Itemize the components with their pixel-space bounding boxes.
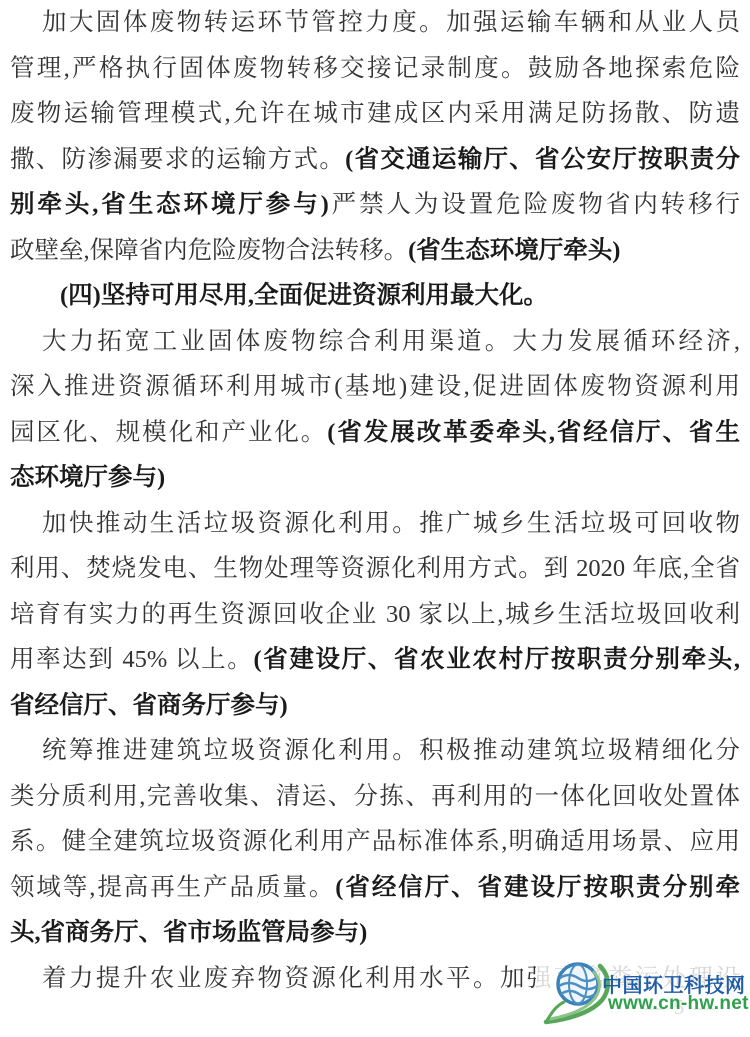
text-line: 态环境厅参与) xyxy=(10,455,740,501)
watermark: 中国环卫科技网 www.cn-hw.net xyxy=(540,952,750,1037)
text-line: (四)坚持可用尽用,全面促进资源利用最大化。 xyxy=(10,273,740,319)
paragraph: 统筹推进建筑垃圾资源化利用。积极推动建筑垃圾精细化分类分质利用,完善收集、清运、… xyxy=(10,728,740,956)
text-line: 统筹推进建筑垃圾资源化利用。积极推动建筑垃圾精细化分 xyxy=(10,728,740,774)
text-line: 深入推进资源循环利用城市(基地)建设,促进固体废物资源利用 xyxy=(10,364,740,410)
text-segment: 管理,严格执行固体废物转移交接记录制度。鼓励各地探索危险 xyxy=(10,55,740,82)
text-segment: 政壁垒,保障省内危险废物合法转移。 xyxy=(10,237,408,264)
text-line: 加大固体废物转运环节管控力度。加强运输车辆和从业人员 xyxy=(10,0,740,46)
text-line: 加快推动生活垃圾资源化利用。推广城乡生活垃圾可回收物 xyxy=(10,501,740,547)
paragraph: 加大固体废物转运环节管控力度。加强运输车辆和从业人员管理,严格执行固体废物转移交… xyxy=(10,0,740,273)
paragraph: 大力拓宽工业固体废物综合利用渠道。大力发展循环经济,深入推进资源循环利用城市(基… xyxy=(10,319,740,501)
responsible-department-annotation: (省建设厅、省农业农村厅按职责分别牵头, xyxy=(253,646,740,673)
text-segment: 类分质利用,完善收集、清运、分拣、再利用的一体化回收处置体 xyxy=(10,783,740,810)
text-line: 大力拓宽工业固体废物综合利用渠道。大力发展循环经济, xyxy=(10,319,740,365)
responsible-department-annotation: (省交通运输厅、省公安厅按职责分 xyxy=(345,146,740,173)
paragraph: 加快推动生活垃圾资源化利用。推广城乡生活垃圾可回收物利用、焚烧发电、生物处理等资… xyxy=(10,501,740,729)
text-line: 省经信厅、省商务厅参与) xyxy=(10,683,740,729)
responsible-department-annotation: (四)坚持可用尽用,全面促进资源利用最大化。 xyxy=(60,282,548,309)
document-body: 加大固体废物转运环节管控力度。加强运输车辆和从业人员管理,严格执行固体废物转移交… xyxy=(10,0,740,1001)
document-page: 加大固体废物转运环节管控力度。加强运输车辆和从业人员管理,严格执行固体废物转移交… xyxy=(0,0,750,1037)
text-line: 培育有实力的再生资源回收企业 30 家以上,城乡生活垃圾回收利 xyxy=(10,592,740,638)
text-line: 系。健全建筑垃圾资源化利用产品标准体系,明确适用场景、应用 xyxy=(10,819,740,865)
text-line: 别牵头,省生态环境厅参与)严禁人为设置危险废物省内转移行 xyxy=(10,182,740,228)
responsible-department-annotation: 态环境厅参与) xyxy=(10,464,165,491)
section-heading: (四)坚持可用尽用,全面促进资源利用最大化。 xyxy=(10,273,740,319)
text-segment: 严禁人为设置危险废物省内转移行 xyxy=(329,191,740,218)
text-line: 撒、防渗漏要求的运输方式。(省交通运输厅、省公安厅按职责分 xyxy=(10,137,740,183)
text-line: 园区化、规模化和产业化。(省发展改革委牵头,省经信厅、省生 xyxy=(10,410,740,456)
text-line: 废物运输管理模式,允许在城市建成区内采用满足防扬散、防遗 xyxy=(10,91,740,137)
text-segment: 撒、防渗漏要求的运输方式。 xyxy=(10,146,345,173)
text-segment: 用率达到 45% 以上。 xyxy=(10,646,253,673)
text-segment: 培育有实力的再生资源回收企业 30 家以上,城乡生活垃圾回收利 xyxy=(10,601,740,628)
text-segment: 加快推动生活垃圾资源化利用。推广城乡生活垃圾可回收物 xyxy=(42,510,740,537)
text-line: 类分质利用,完善收集、清运、分拣、再利用的一体化回收处置体 xyxy=(10,774,740,820)
responsible-department-annotation: 省经信厅、省商务厅参与) xyxy=(10,692,288,719)
text-segment: 加大固体废物转运环节管控力度。加强运输车辆和从业人员 xyxy=(42,9,740,36)
text-line: 领域等,提高再生产品质量。(省经信厅、省建设厅按职责分别牵 xyxy=(10,865,740,911)
responsible-department-annotation: (省生态环境厅牵头) xyxy=(408,237,620,264)
responsible-department-annotation: (省经信厅、省建设厅按职责分别牵 xyxy=(335,874,740,901)
text-segment: 利用、焚烧发电、生物处理等资源化利用方式。到 2020 年底,全省 xyxy=(10,555,740,582)
text-line: 用率达到 45% 以上。(省建设厅、省农业农村厅按职责分别牵头, xyxy=(10,637,740,683)
text-line: 政壁垒,保障省内危险废物合法转移。(省生态环境厅牵头) xyxy=(10,228,740,274)
text-line: 利用、焚烧发电、生物处理等资源化利用方式。到 2020 年底,全省 xyxy=(10,546,740,592)
text-segment: 统筹推进建筑垃圾资源化利用。积极推动建筑垃圾精细化分 xyxy=(42,737,740,764)
text-segment: 大力拓宽工业固体废物综合利用渠道。大力发展循环经济, xyxy=(42,328,740,355)
text-segment: 系。健全建筑垃圾资源化利用产品标准体系,明确适用场景、应用 xyxy=(10,828,740,855)
text-segment: 领域等,提高再生产品质量。 xyxy=(10,874,335,901)
responsible-department-annotation: 头,省商务厅、省市场监管局参与) xyxy=(10,919,367,946)
text-segment: 园区化、规模化和产业化。 xyxy=(10,419,327,446)
watermark-site-url: www.cn-hw.net xyxy=(608,993,749,1015)
text-line: 管理,严格执行固体废物转移交接记录制度。鼓励各地探索危险 xyxy=(10,46,740,92)
responsible-department-annotation: (省发展改革委牵头,省经信厅、省生 xyxy=(327,419,740,446)
text-segment: 深入推进资源循环利用城市(基地)建设,促进固体废物资源利用 xyxy=(10,373,740,400)
text-segment: 废物运输管理模式,允许在城市建成区内采用满足防扬散、防遗 xyxy=(10,100,740,127)
responsible-department-annotation: 别牵头,省生态环境厅参与) xyxy=(10,191,329,218)
text-line: 头,省商务厅、省市场监管局参与) xyxy=(10,910,740,956)
